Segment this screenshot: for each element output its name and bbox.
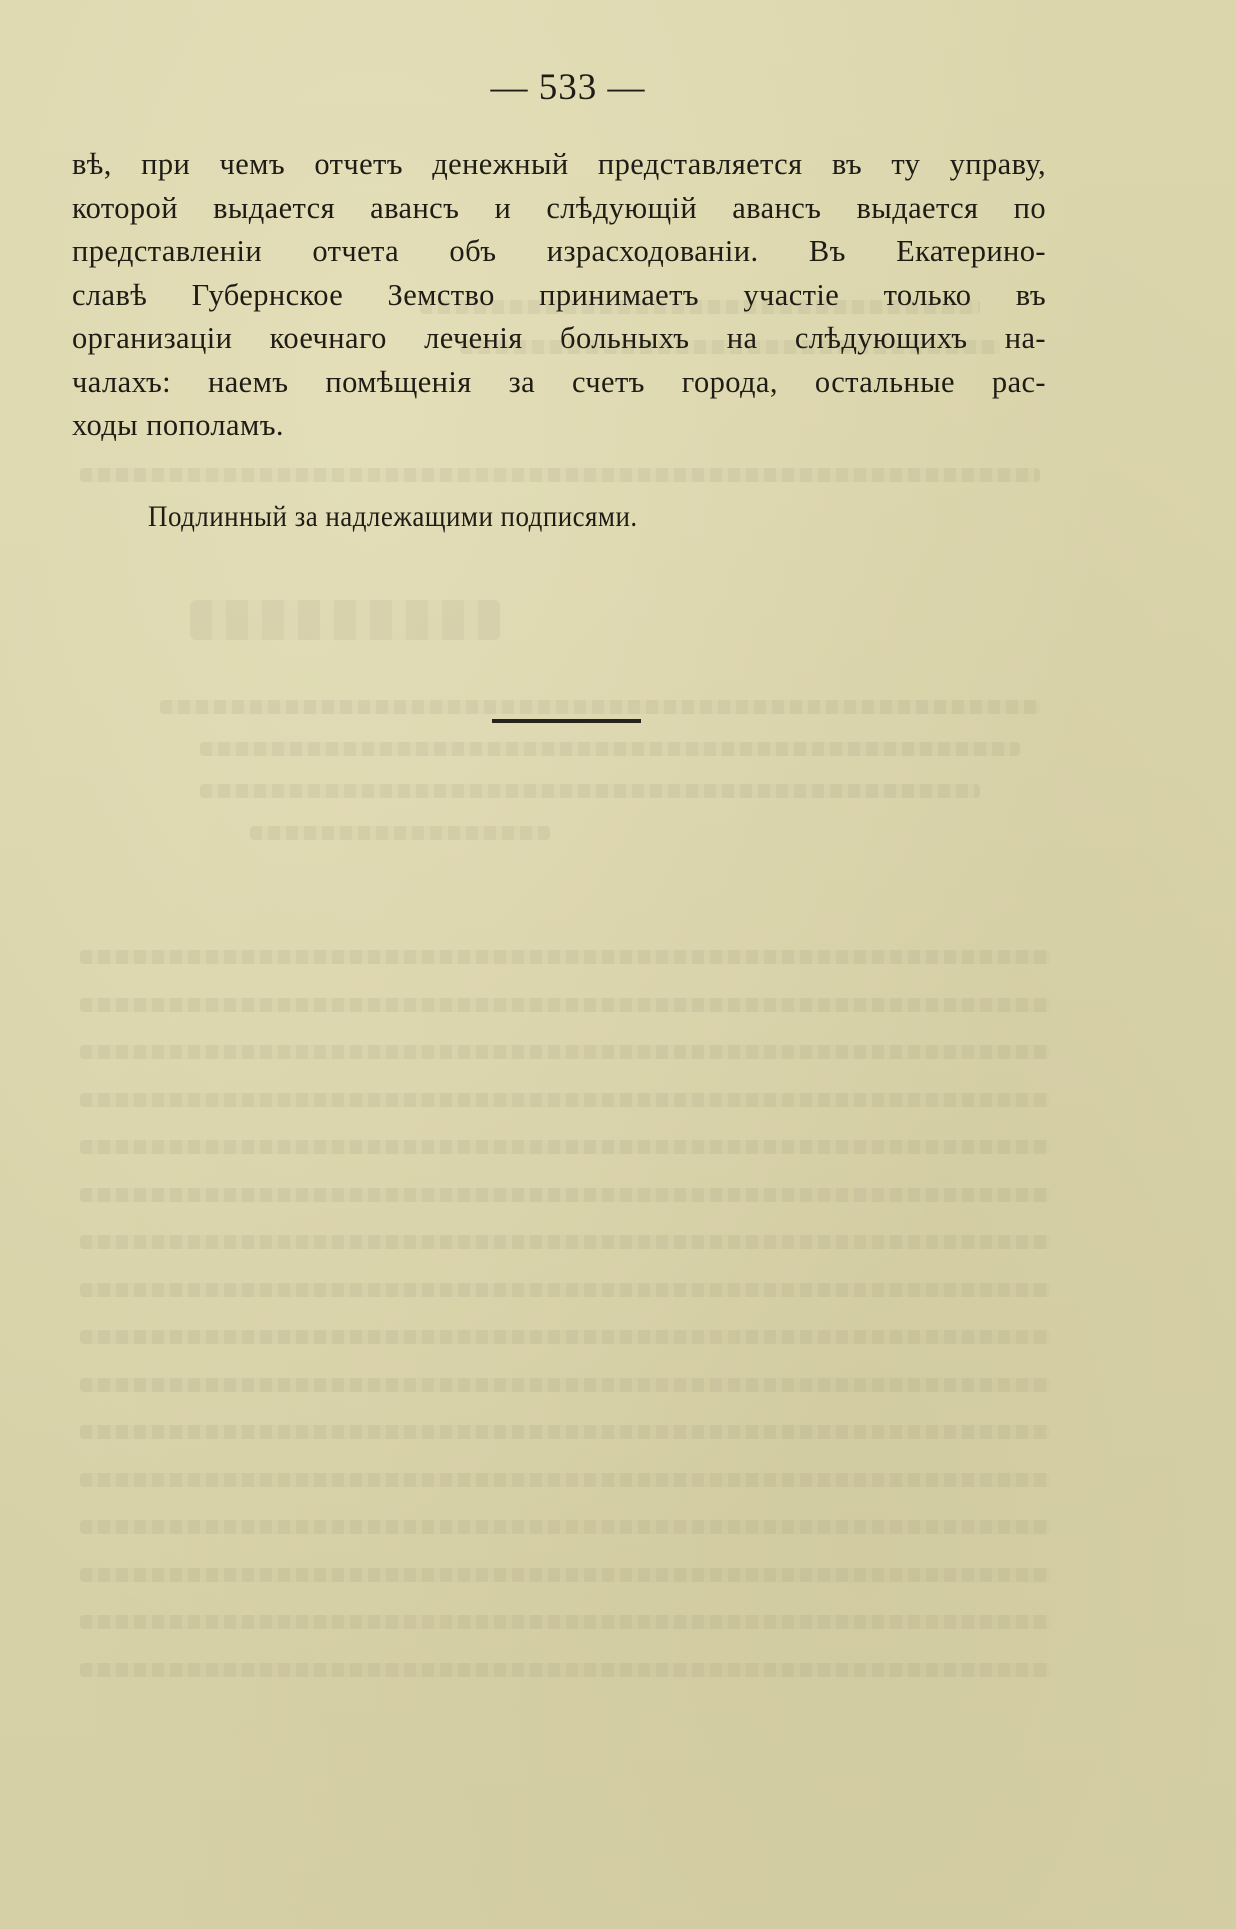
show-through-line — [200, 784, 980, 798]
show-through-line — [80, 1378, 1050, 1392]
show-through-line — [80, 468, 1040, 482]
page-number: — 533 — — [0, 66, 1136, 109]
signature-note: Подлинный за надлежащими подписями. — [148, 500, 638, 534]
show-through-line — [80, 1615, 1050, 1629]
closing-rule-divider — [492, 719, 641, 723]
show-through-line — [80, 1283, 1050, 1297]
paragraph-line: вѣ, при чемъ отчетъ денежный представляе… — [72, 143, 1046, 187]
show-through-line — [80, 1140, 1050, 1154]
show-through-line — [80, 1188, 1050, 1202]
show-through-line — [160, 700, 1040, 714]
show-through-line — [80, 1568, 1050, 1582]
show-through-line — [80, 1425, 1050, 1439]
paragraph-line: славѣ Губернское Земство принимаетъ учас… — [72, 274, 1046, 318]
paragraph-line: чалахъ: наемъ помѣщенія за счетъ города,… — [72, 361, 1046, 405]
show-through-line — [80, 1235, 1050, 1249]
paragraph-line: представленіи отчета объ израсходованіи.… — [72, 230, 1046, 274]
show-through-line — [200, 742, 1020, 756]
paragraph-line: которой выдается авансъ и слѣдующій аван… — [72, 187, 1046, 231]
show-through-line — [80, 998, 1050, 1012]
show-through-line — [80, 1663, 1050, 1677]
show-through-line — [80, 950, 1050, 964]
paragraph-line: организаціи коечнаго леченія больныхъ на… — [72, 317, 1046, 361]
show-through-line — [80, 1473, 1050, 1487]
body-paragraph: вѣ, при чемъ отчетъ денежный представляе… — [72, 143, 1046, 448]
show-through-line — [80, 1045, 1050, 1059]
document-page: — 533 — вѣ, при чемъ отчетъ денежный пре… — [0, 0, 1236, 1929]
show-through-line — [80, 1093, 1050, 1107]
show-through-line — [250, 826, 550, 840]
show-through-line — [80, 1330, 1050, 1344]
paragraph-line: ходы пополамъ. — [72, 404, 1046, 448]
show-through-line — [80, 1520, 1050, 1534]
show-through-heading — [190, 600, 500, 640]
